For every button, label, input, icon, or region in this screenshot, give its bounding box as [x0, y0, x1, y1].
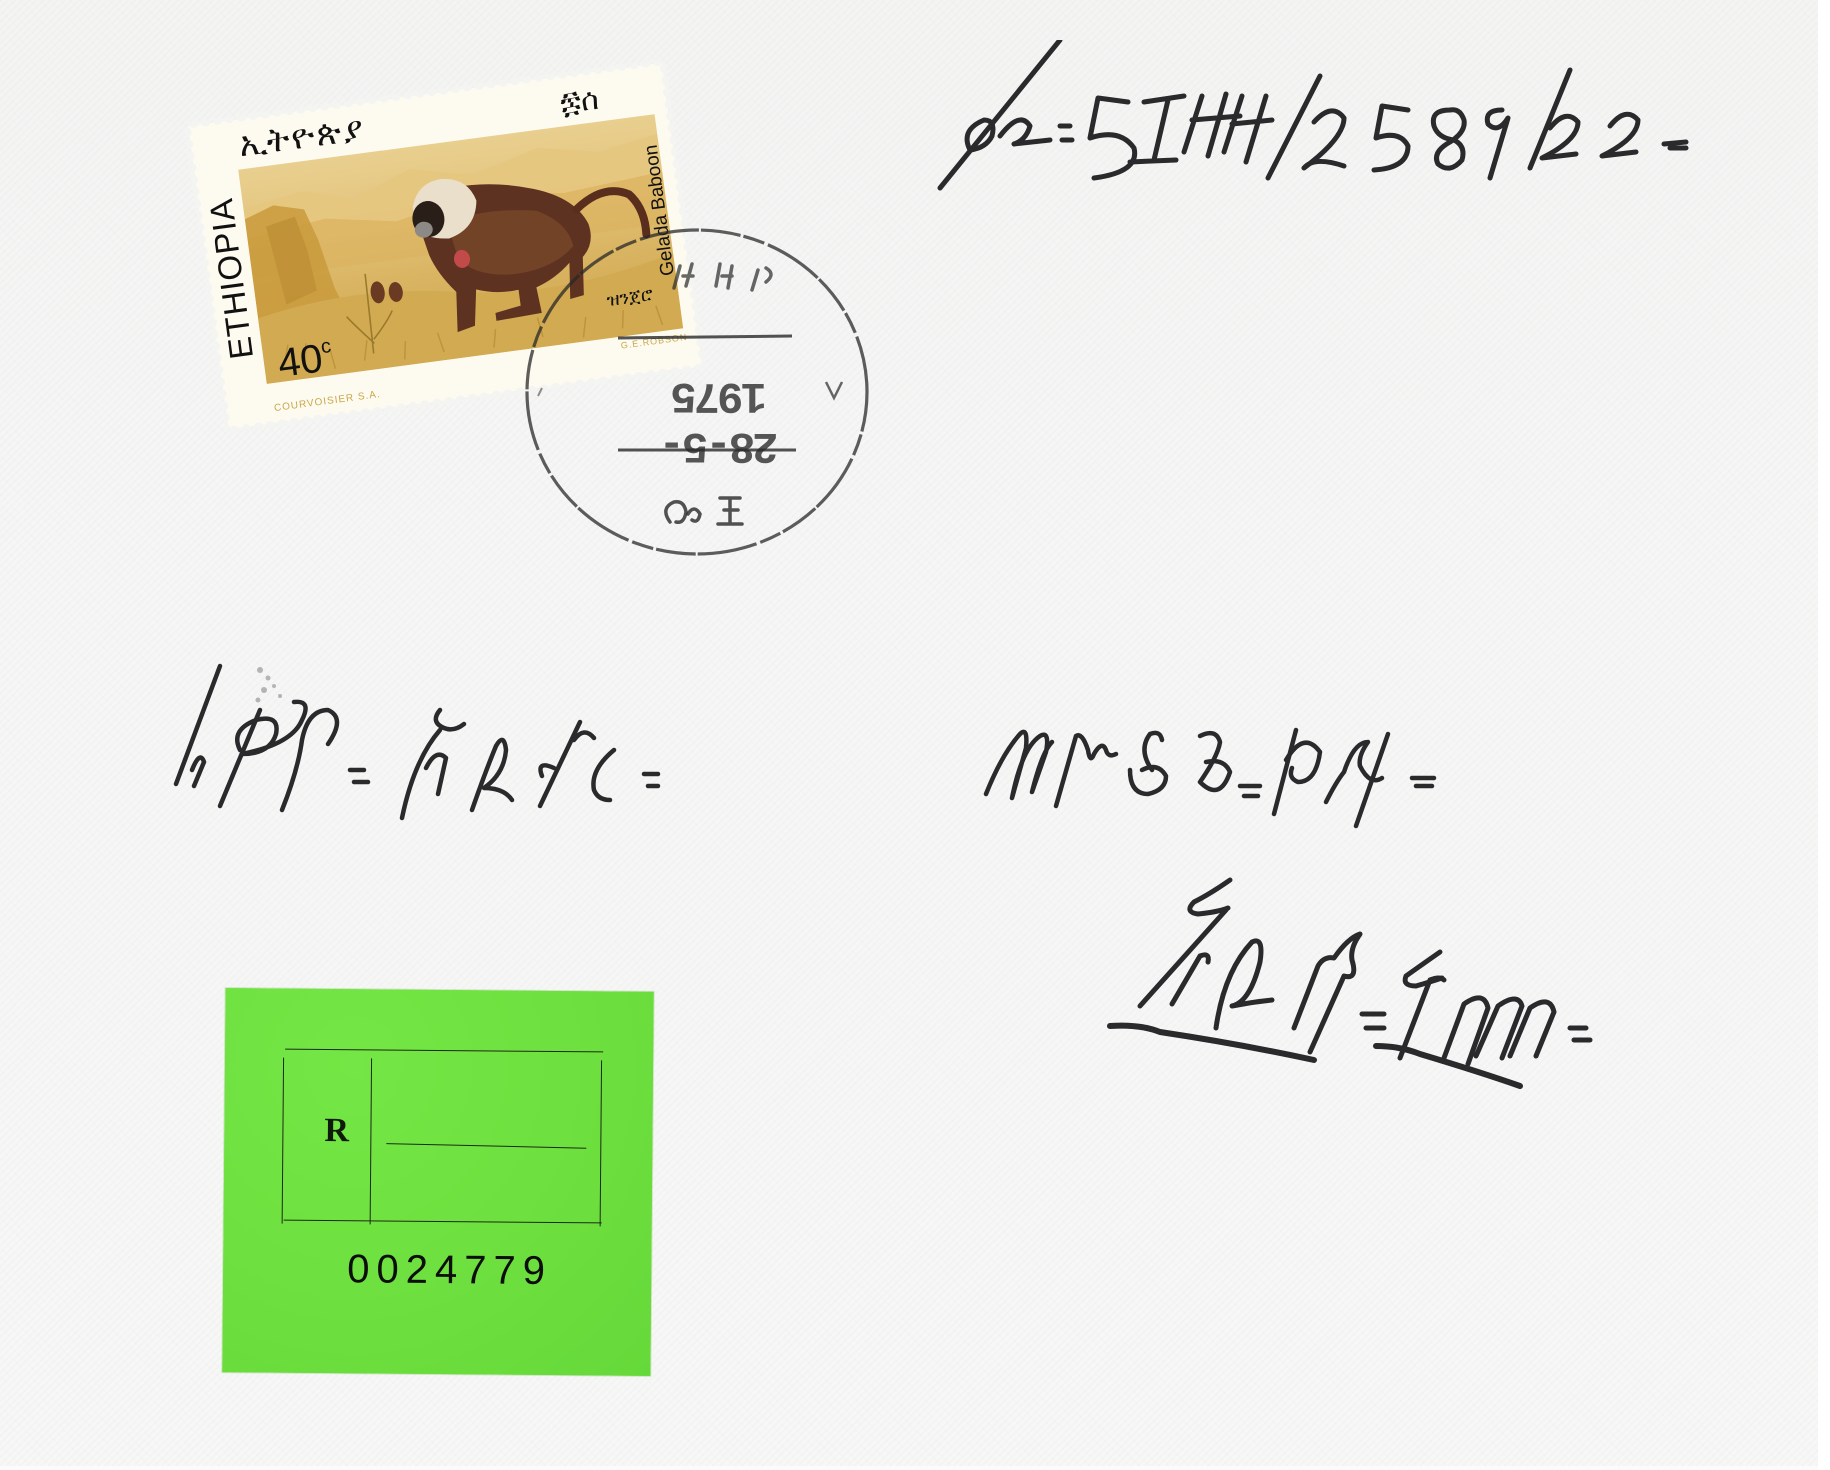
postmark-cancellation: 28-5-1975 ጎንደር ፌ ዌ: [520, 222, 874, 562]
frame-left-rule: [282, 1058, 284, 1224]
reference-number: ቁ = 51444/2589/22 =: [930, 40, 1790, 200]
ink-smudge-icon: [240, 650, 320, 730]
address-line-1: ለዋና = ጎንደር = መሥሪያ = ቤት =: [170, 650, 1690, 870]
handwriting-address-line2-icon: [1100, 876, 1760, 1116]
postmark-date: 28-5-1975: [620, 370, 820, 470]
registration-letter: R: [324, 1112, 349, 1150]
stamp-denomination: 40c: [275, 335, 335, 387]
frame-right-rule: [600, 1060, 602, 1226]
handwriting-reference-icon: [930, 40, 1790, 200]
registration-write-line: [386, 1143, 586, 1149]
stamp-corner-amharic: ፷ሰ: [558, 82, 601, 122]
registration-number: 0024779: [347, 1247, 552, 1294]
registration-label: R 0024779: [222, 988, 653, 1376]
address-line-2: ጎንደር = ጎጠጠ =: [1100, 876, 1760, 1116]
stamp-value-number: 40: [275, 336, 325, 385]
frame-divider-rule: [370, 1058, 372, 1224]
handwriting-address-line1-icon: [170, 650, 1690, 870]
registration-label-frame: R: [284, 1049, 603, 1224]
scan-edge: [1818, 0, 1830, 1470]
